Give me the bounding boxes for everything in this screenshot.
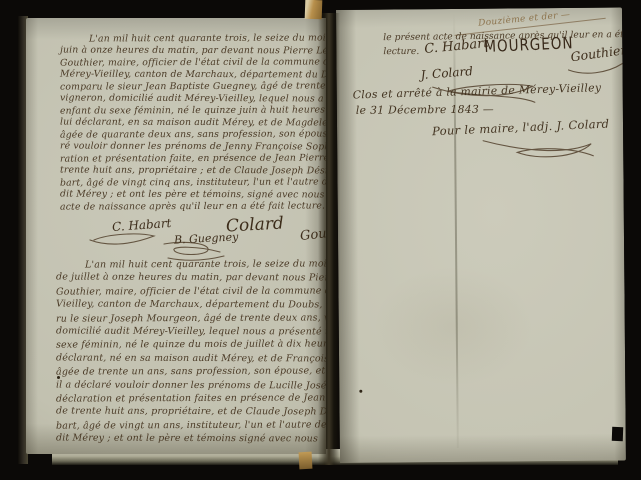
archive-scan: L'an mil huit cent quarante trois, le se… bbox=[0, 0, 641, 480]
manuscript-line: sexe féminin, né le quinze du mois de ju… bbox=[56, 338, 326, 353]
birth-act-1: L'an mil huit cent quarante trois, le se… bbox=[60, 33, 326, 213]
page-marker-top bbox=[305, 0, 323, 19]
manuscript-line: il a déclaré vouloir donner les prénoms … bbox=[56, 378, 326, 392]
signature-colard: Colard bbox=[226, 214, 285, 237]
manuscript-line: comparu le sieur Jean Baptiste Guegney, … bbox=[60, 80, 326, 93]
signature-mourgeon: MOURGEON bbox=[484, 34, 574, 57]
manuscript-line: enfant du sexe féminin, né le quinze jui… bbox=[60, 104, 326, 117]
manuscript-line: déclarant, né en sa maison audit Mérey, … bbox=[56, 351, 326, 365]
manuscript-line: L'an mil huit cent quarante trois, le se… bbox=[60, 32, 326, 45]
left-page: L'an mil huit cent quarante trois, le se… bbox=[26, 18, 326, 454]
manuscript-line: trente huit ans, propriétaire ; et de Cl… bbox=[60, 165, 326, 178]
right-page: Douzième et der — le présent acte de nai… bbox=[336, 8, 626, 463]
page-edge-notch bbox=[612, 427, 623, 441]
manuscript-line: dit Mérey ; et ont le père et témoins si… bbox=[56, 432, 326, 446]
manuscript-line: bart, âgé de vingt cinq ans, instituteur… bbox=[60, 176, 326, 189]
page-marker-bottom bbox=[299, 452, 313, 470]
manuscript-line: juin à onze heures du matin, par devant … bbox=[60, 45, 326, 58]
manuscript-line: de trente huit ans, propriétaire, et de … bbox=[56, 405, 326, 419]
signature-flourish bbox=[566, 61, 625, 76]
signature-flourish bbox=[477, 136, 597, 163]
ink-speck bbox=[359, 390, 362, 393]
manuscript-line: Gouthier, maire, officier de l'état civi… bbox=[60, 56, 326, 69]
binding-gutter bbox=[318, 13, 340, 465]
manuscript-line: Vieilley, canton de Marchaux, départemen… bbox=[56, 298, 326, 312]
ink-speck bbox=[57, 376, 60, 379]
manuscript-line: âgée de quarante deux ans, sans professi… bbox=[60, 128, 326, 141]
manuscript-line: vigneron, domicilié audit Mérey-Vieilley… bbox=[60, 93, 326, 106]
manuscript-line: ru le sieur Joseph Mourgeon, âgé de tren… bbox=[56, 311, 326, 326]
signature-flourish bbox=[88, 232, 158, 248]
signature-colard: J. Colard bbox=[420, 64, 473, 82]
manuscript-line: de juillet à onze heures du matin, par d… bbox=[56, 271, 326, 285]
act1-signatures: C. Habart B. Guegney Colard Gouthier bbox=[26, 210, 326, 262]
manuscript-line: âgée de trente un ans, sans profession, … bbox=[56, 365, 326, 380]
birth-act-2: L'an mil huit cent quarante trois, le se… bbox=[56, 258, 326, 446]
manuscript-line: ré vouloir donner les prénoms de Jenny F… bbox=[60, 141, 326, 154]
manuscript-line: Gouthier, maire, officier de l'état civi… bbox=[56, 284, 326, 299]
manuscript-line: ration et présentation faite, en présenc… bbox=[60, 152, 326, 165]
manuscript-line: Mérey-Vieilley, canton de Marchaux, dépa… bbox=[60, 69, 326, 82]
manuscript-line: dit Mérey ; et ont les père et témoins, … bbox=[60, 189, 326, 202]
manuscript-line: lui déclarant, en sa maison audit Mérey,… bbox=[60, 117, 326, 130]
closing-date-line: le 31 Décembre 1843 — bbox=[356, 103, 494, 117]
